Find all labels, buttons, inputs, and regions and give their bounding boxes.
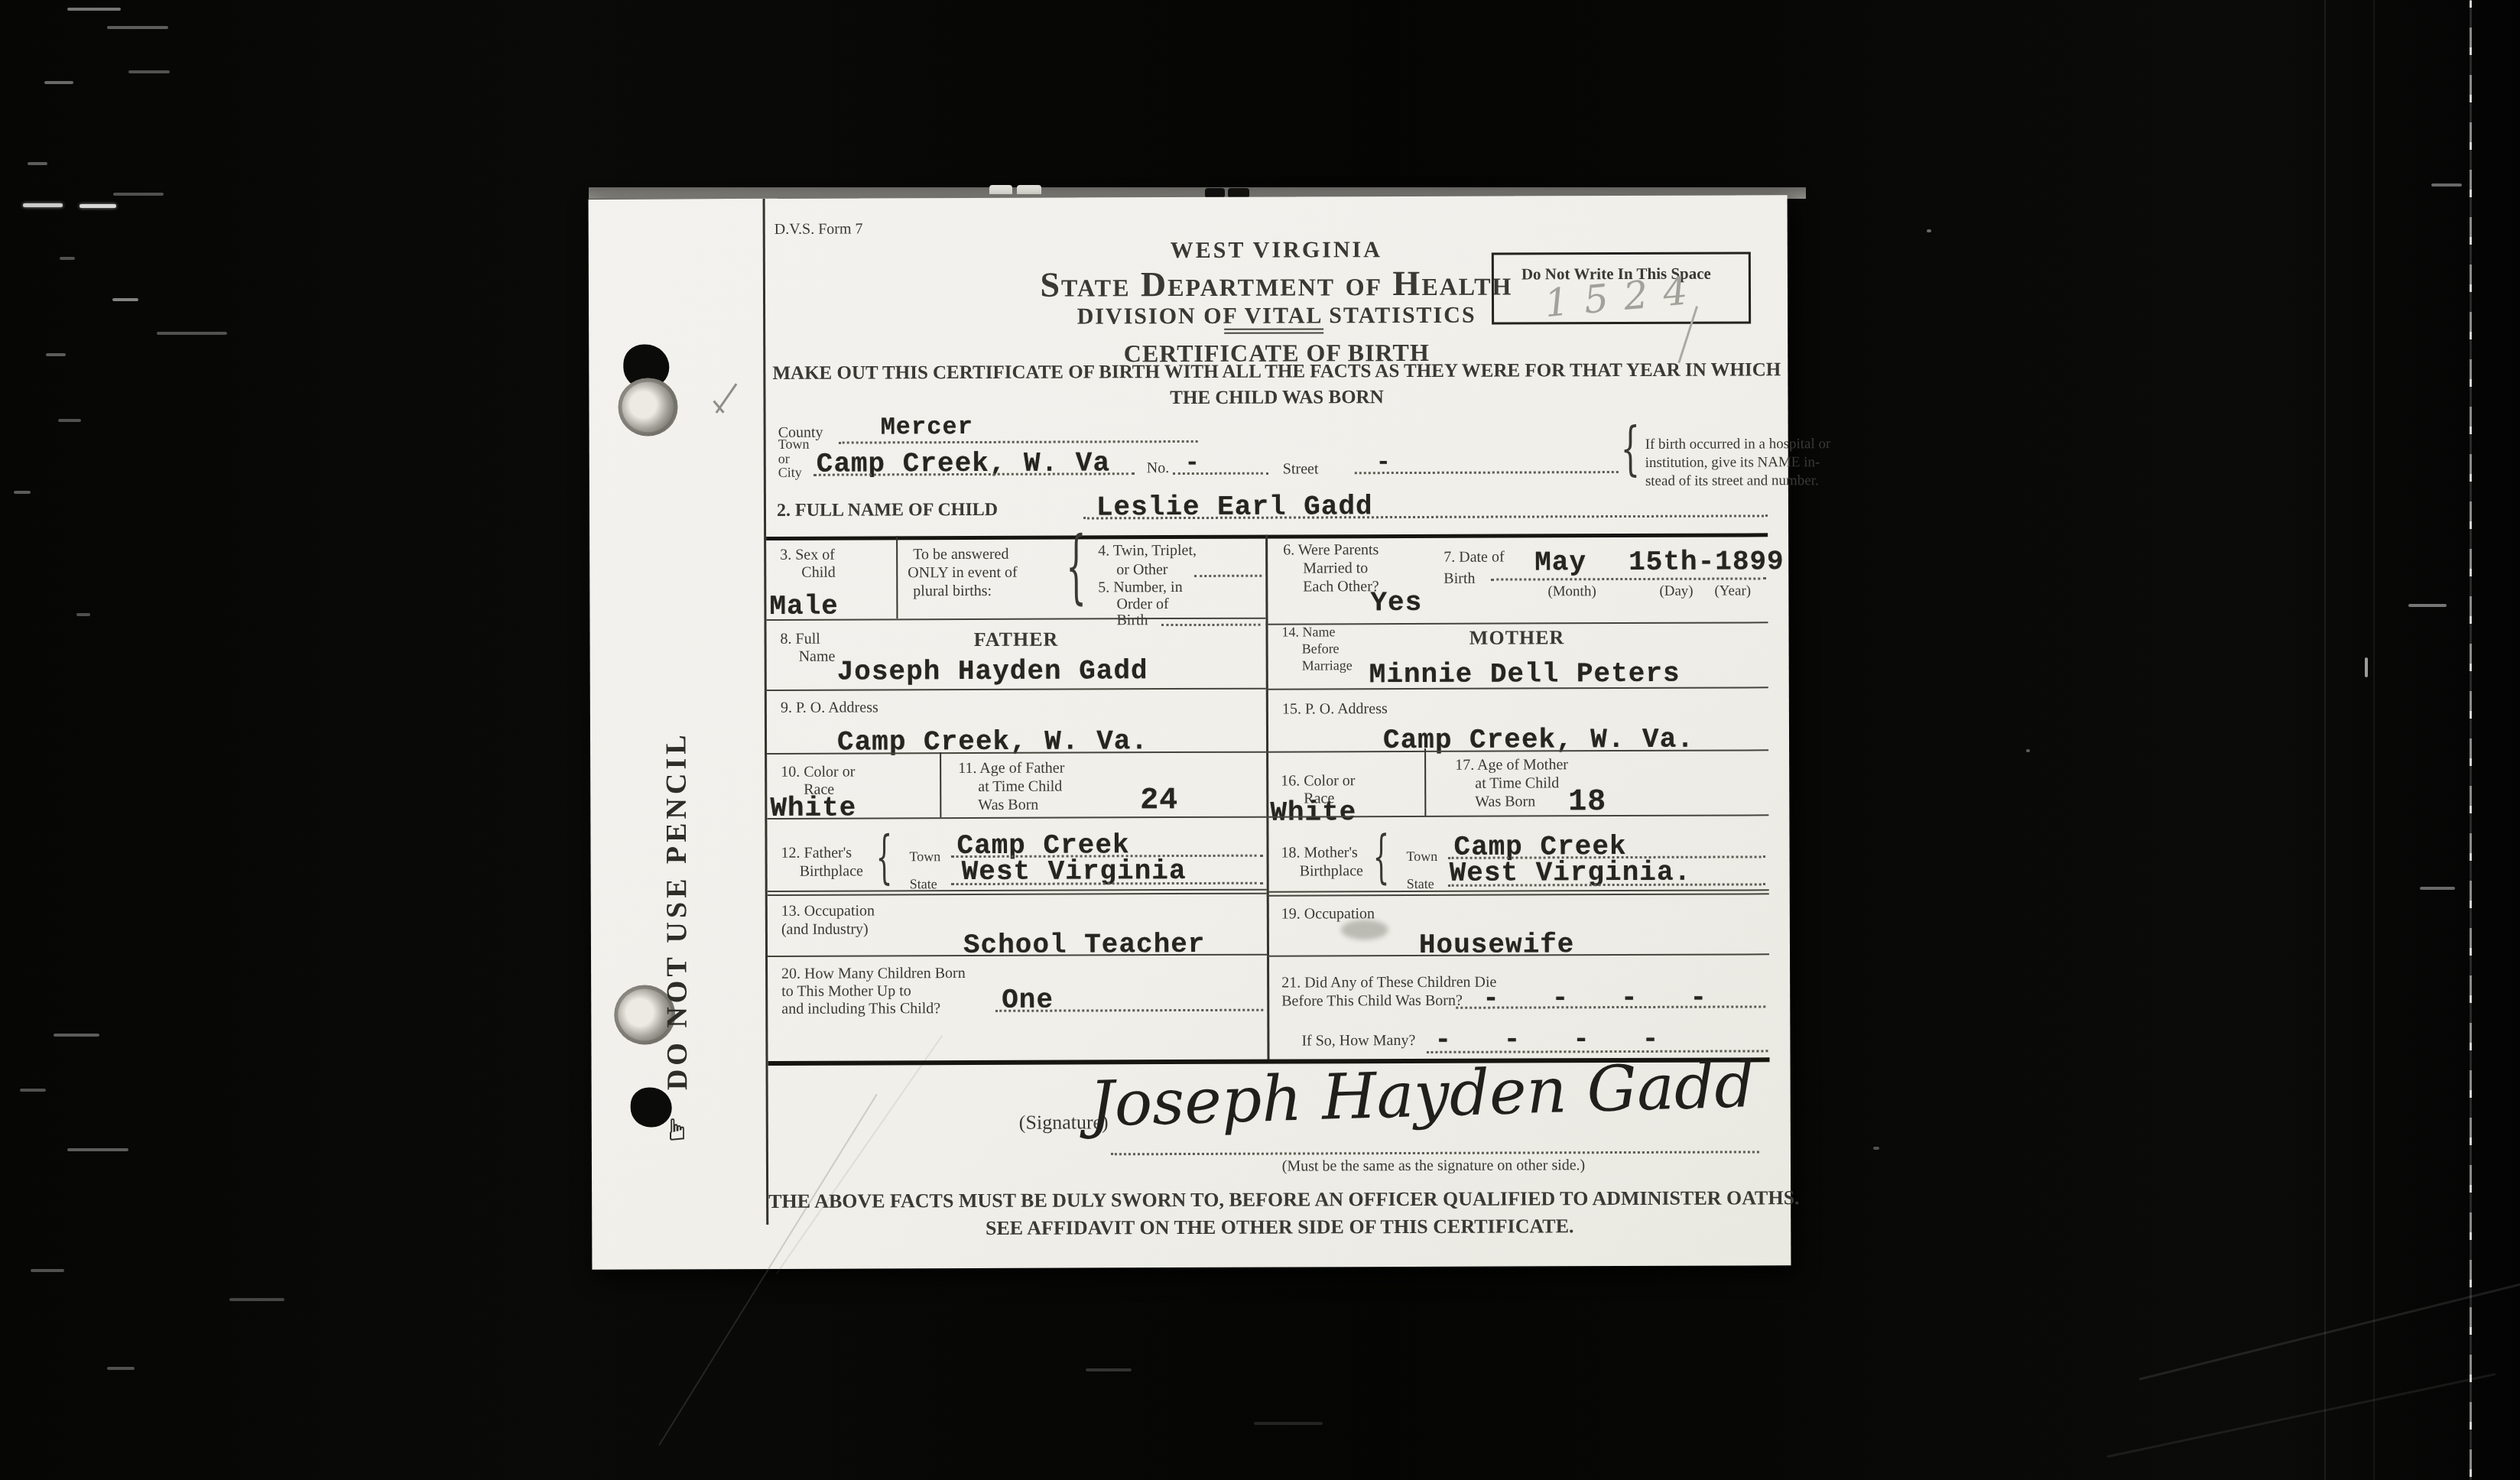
number-line	[1161, 624, 1261, 626]
mother-name-label-3: Marriage	[1302, 658, 1353, 673]
children-died-label-2: Before This Child Was Born?	[1281, 993, 1463, 1010]
father-age-value: 24	[1140, 786, 1178, 816]
dob-month-value: May	[1534, 549, 1586, 576]
header-rule	[1224, 332, 1323, 333]
mother-birthplace-label-1: 18. Mother's	[1281, 845, 1358, 861]
row-line	[1266, 622, 1768, 625]
mother-name-value: Minnie Dell Peters	[1369, 660, 1681, 689]
film-scratch	[28, 162, 47, 165]
father-name-value: Joseph Hayden Gadd	[837, 657, 1148, 686]
twin-label-2: or Other	[1116, 562, 1167, 578]
mother-age-value: 18	[1568, 787, 1606, 818]
film-scratch-vertical	[2373, 0, 2375, 1480]
twin-label-1: 4. Twin, Triplet,	[1098, 543, 1197, 559]
table-center-divider	[1265, 535, 1269, 1061]
plural-note-3: plural births:	[913, 583, 992, 599]
header-rule	[1224, 328, 1323, 329]
film-scratch	[76, 613, 90, 616]
film-scratch	[157, 332, 227, 335]
mother-age-label-2: at Time Child	[1475, 775, 1559, 791]
sex-label-1: 3. Sex of	[780, 547, 835, 563]
father-section-title: FATHER	[767, 628, 1266, 651]
do-not-use-pencil-notice: ☞ DO NOT USE PENCIL	[658, 731, 694, 1142]
mother-section-title: MOTHER	[1266, 626, 1768, 649]
father-address-label: 9. P. O. Address	[781, 699, 878, 716]
film-scratch	[2408, 604, 2447, 607]
sex-label-2: Child	[801, 565, 836, 581]
mother-age-label-1: 17. Age of Mother	[1455, 757, 1568, 774]
instruction-line-1: MAKE OUT THIS CERTIFICATE OF BIRTH WITH …	[765, 360, 1788, 384]
film-scratch	[107, 26, 168, 29]
hospital-note-line-1: If birth occurred in a hospital or	[1645, 437, 1831, 453]
father-age-label-2: at Time Child	[978, 779, 1062, 795]
house-number-line	[1173, 472, 1268, 475]
mother-state-label: State	[1407, 877, 1434, 891]
film-scratch	[113, 193, 164, 196]
plural-note-1: To be answered	[913, 547, 1008, 563]
plural-note-2: ONLY in event of	[908, 565, 1017, 582]
film-scratch	[112, 298, 138, 301]
county-value: Mercer	[881, 415, 973, 440]
film-streak	[2106, 1373, 2496, 1458]
number-label-3: Birth	[1116, 612, 1148, 628]
row-line	[767, 688, 1266, 691]
married-label-2: Married to	[1303, 560, 1368, 576]
film-scratch	[1254, 1422, 1323, 1425]
film-scratch	[2026, 749, 2030, 752]
father-age-label-3: Was Born	[978, 797, 1038, 813]
children-count-line	[995, 1009, 1263, 1012]
race-age-divider	[940, 752, 941, 817]
twin-line	[1194, 575, 1262, 577]
father-race-label-1: 10. Color or	[781, 764, 855, 781]
film-scratch	[107, 1367, 135, 1370]
do-not-write-box: Do Not Write In This Space 1524	[1492, 252, 1751, 324]
race-age-divider	[1424, 748, 1426, 816]
film-scratch	[54, 1034, 99, 1037]
do-not-use-pencil-text: DO NOT USE PENCIL	[660, 731, 693, 1090]
row-line	[768, 889, 1267, 892]
hospital-note-brace: {	[1621, 420, 1641, 479]
plural-brace: {	[1066, 527, 1086, 607]
film-scratch	[2365, 657, 2368, 677]
street-line	[1355, 471, 1619, 474]
father-name-label-2: Name	[799, 649, 836, 665]
county-line	[839, 440, 1198, 444]
how-many-label: If So, How Many?	[1301, 1033, 1415, 1050]
signature-note: (Must be the same as the signature on ot…	[1128, 1157, 1739, 1175]
dob-label-2: Birth	[1443, 571, 1475, 587]
film-scratch	[1086, 1368, 1132, 1371]
film-scratch	[14, 491, 31, 494]
father-age-label-1: 11. Age of Father	[958, 761, 1064, 777]
birth-certificate-document: ☞ DO NOT USE PENCIL D.V.S. Form 7 WEST V…	[589, 195, 1791, 1269]
married-value: Yes	[1370, 589, 1422, 617]
house-number-label: No.	[1147, 460, 1170, 476]
film-scratch	[67, 8, 121, 11]
dob-line	[1491, 577, 1766, 580]
married-label-3: Each Other?	[1303, 579, 1379, 595]
film-scratch	[31, 1269, 64, 1272]
mother-race-label-1: 16. Color or	[1281, 773, 1355, 789]
children-died-label-1: 21. Did Any of These Children Die	[1281, 975, 1496, 992]
row-line	[1267, 889, 1769, 892]
film-scratch	[229, 1298, 284, 1301]
film-scratch	[46, 353, 66, 356]
ink-smudge	[1341, 920, 1388, 940]
mother-town-label: Town	[1407, 849, 1438, 864]
sex-value: Male	[769, 593, 839, 621]
dob-year-caption: (Year)	[1714, 583, 1751, 599]
children-count-label-2: to This Mother Up to	[781, 983, 911, 1000]
film-scratch-vertical	[2324, 0, 2326, 1480]
children-count-label-1: 20. How Many Children Born	[781, 966, 966, 982]
film-scratch	[128, 70, 170, 73]
row-line	[768, 893, 1267, 896]
film-scratch	[44, 81, 73, 84]
film-scratch	[80, 204, 116, 208]
row-line	[766, 618, 1265, 621]
father-birthplace-label-1: 12. Father's	[781, 845, 852, 862]
town-label-1: Town	[778, 437, 810, 452]
number-label-1: 5. Number, in	[1098, 579, 1182, 596]
father-town-label: Town	[910, 849, 941, 864]
film-scratch	[60, 257, 75, 260]
dob-day-caption: (Day)	[1659, 584, 1693, 599]
form-area: D.V.S. Form 7 WEST VIRGINIA State Depart…	[765, 195, 1791, 1269]
mother-address-label: 15. P. O. Address	[1282, 701, 1388, 717]
sex-plural-divider	[896, 536, 898, 618]
paper-tab	[989, 185, 1012, 194]
form-number: D.V.S. Form 7	[775, 221, 863, 237]
mother-age-label-3: Was Born	[1475, 794, 1535, 810]
film-scratch	[23, 203, 63, 207]
manicule-icon: ☞	[661, 1112, 693, 1142]
father-birthplace-brace: {	[875, 829, 892, 887]
hole-punch-ring	[618, 378, 677, 436]
film-scratch	[20, 1089, 46, 1092]
hospital-note-line-3: stead of its street and number.	[1645, 473, 1819, 489]
father-occupation-label-1: 13. Occupation	[781, 903, 875, 919]
film-streak	[2138, 1282, 2520, 1381]
footer-line-1: THE ABOVE FACTS MUST BE DULY SWORN TO, B…	[768, 1187, 1791, 1212]
married-label-1: 6. Were Parents	[1283, 542, 1379, 558]
film-scratch-vertical	[2470, 0, 2472, 1480]
paper-tab	[1017, 185, 1041, 194]
film-scratch	[2431, 183, 2462, 187]
town-label-3: City	[778, 466, 802, 480]
child-name-label: 2. FULL NAME OF CHILD	[777, 501, 998, 521]
mother-birthplace-brace: {	[1372, 829, 1389, 887]
hospital-note-line-2: institution, give its NAME in-	[1645, 455, 1820, 471]
film-scratch	[58, 419, 81, 422]
dob-label-1: 7. Date of	[1443, 550, 1504, 566]
children-count-label-3: and including This Child?	[781, 1001, 940, 1017]
film-scratch	[2420, 887, 2455, 890]
mother-race-value: White	[1270, 799, 1356, 826]
film-scratch	[1927, 229, 1931, 232]
father-birthplace-label-2: Birthplace	[800, 863, 863, 879]
number-label-2: Order of	[1116, 596, 1168, 612]
pencil-check-mark	[716, 383, 738, 413]
film-scratch	[1873, 1147, 1879, 1150]
mother-birthplace-label-2: Birthplace	[1300, 863, 1363, 879]
film-scratch	[67, 1148, 128, 1151]
instruction-line-2: THE CHILD WAS BORN	[765, 386, 1788, 410]
footer-line-2: SEE AFFIDAVIT ON THE OTHER SIDE OF THIS …	[768, 1215, 1791, 1239]
signature-line	[1111, 1151, 1759, 1155]
father-occupation-label-2: (and Industry)	[781, 921, 869, 937]
dob-month-caption: (Month)	[1547, 584, 1596, 599]
street-label: Street	[1283, 461, 1319, 477]
row-line	[1267, 893, 1769, 896]
dob-day-year-value: 15th-1899	[1629, 548, 1784, 576]
